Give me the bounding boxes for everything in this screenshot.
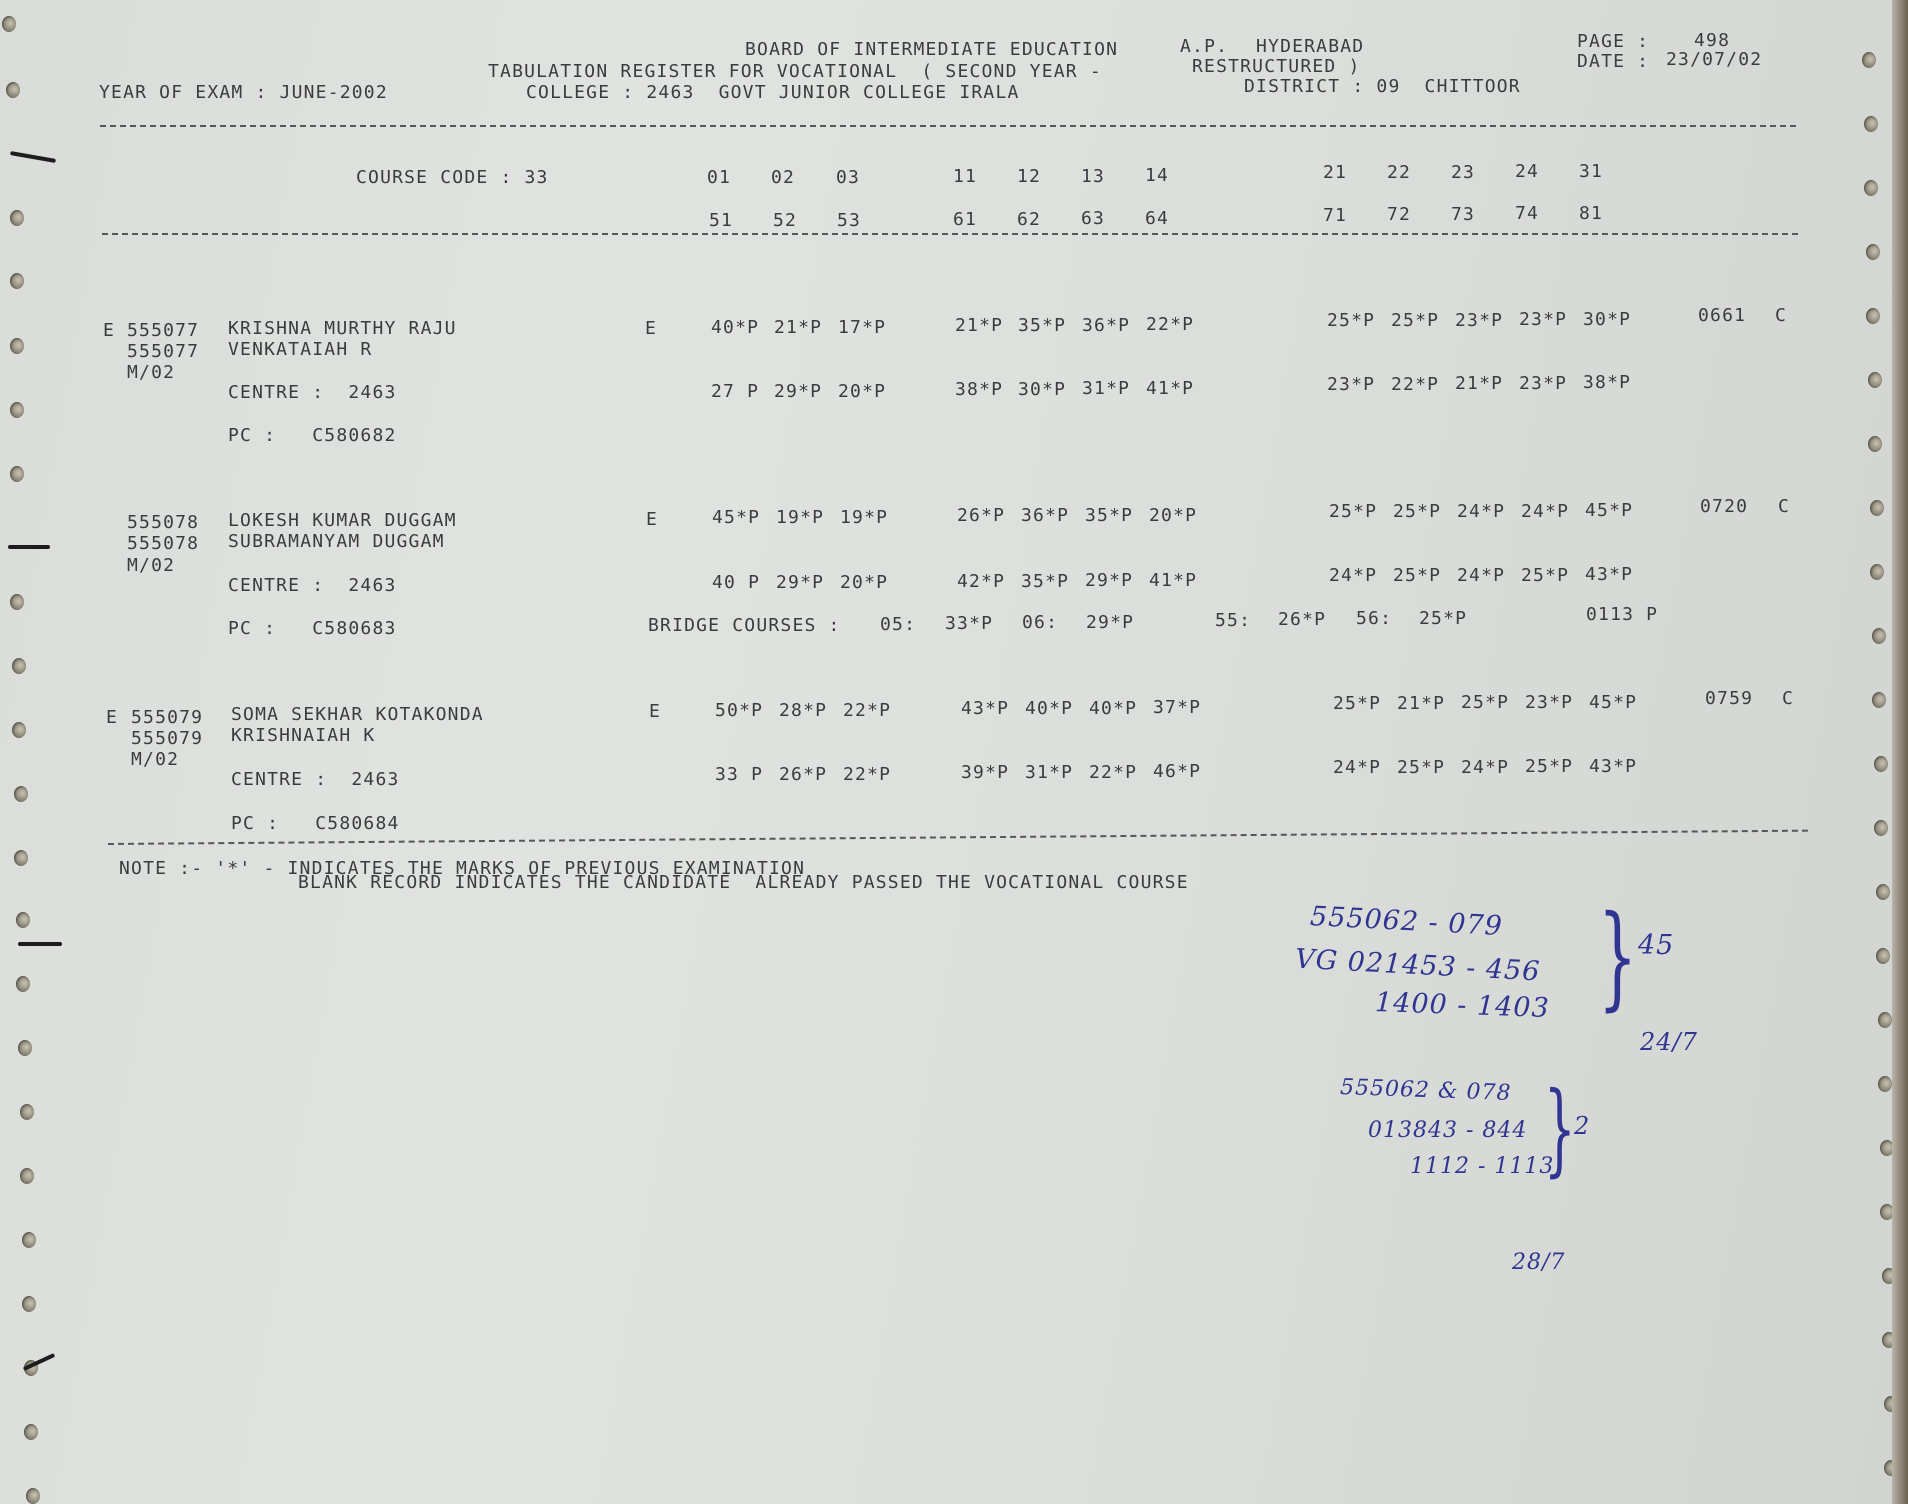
handwritten-count: 45 (1638, 930, 1674, 961)
course-code-label: COURSE CODE : 33 (356, 169, 549, 187)
centre: CENTRE : 2463 (228, 577, 397, 595)
mark: 19*P (840, 509, 888, 527)
subject-code: 71 (1323, 207, 1347, 225)
perforation-hole (14, 786, 28, 802)
bridge-course-code: 05: (880, 616, 916, 634)
perforation-hole (1870, 564, 1884, 580)
mark: 19*P (776, 509, 824, 527)
year-of-exam: YEAR OF EXAM : JUNE-2002 (99, 84, 388, 102)
mark: 40*P (1089, 700, 1137, 718)
mark: 43*P (1589, 758, 1637, 776)
perforation-hole (10, 338, 24, 354)
mark: 35*P (1018, 317, 1066, 335)
perforation-hole (14, 850, 28, 866)
result-code: C (1778, 498, 1790, 516)
mark: 50*P (715, 702, 763, 720)
bridge-course-mark: 33*P (945, 615, 993, 633)
handwritten-range: 1112 - 1113 (1410, 1154, 1554, 1179)
mark: 26*P (957, 507, 1005, 525)
handwritten-count: 2 (1574, 1112, 1590, 1140)
mark: 30*P (1583, 311, 1631, 329)
pc-number: PC : C580684 (231, 815, 400, 833)
mark: 22*P (843, 766, 891, 784)
perforation-hole (16, 976, 30, 992)
bridge-course-mark: 25*P (1419, 610, 1467, 628)
mark: 35*P (1085, 507, 1133, 525)
mark: 23*P (1525, 694, 1573, 712)
mark: 22*P (1146, 316, 1194, 334)
mark: 21*P (955, 317, 1003, 335)
handwritten-date: 24/7 (1640, 1028, 1698, 1056)
bridge-course-code: 55: (1215, 612, 1251, 630)
exam-session: M/02 (127, 557, 175, 575)
mark: 41*P (1146, 380, 1194, 398)
subject-code: 22 (1387, 164, 1411, 182)
perforation-hole (2, 16, 16, 32)
father-name: VENKATAIAH R (228, 341, 372, 359)
bridge-total: 0113 P (1586, 606, 1658, 624)
perforation-hole (16, 912, 30, 928)
mark: 25*P (1391, 312, 1439, 330)
medium: E (646, 511, 658, 529)
mark: 25*P (1333, 695, 1381, 713)
pc-number: PC : C580682 (228, 427, 397, 445)
subject-code: 64 (1145, 210, 1169, 228)
subject-code: 01 (707, 169, 731, 187)
handwritten-range: 1400 - 1403 (1375, 987, 1551, 1024)
perforation-hole (10, 402, 24, 418)
mark: 45*P (1589, 694, 1637, 712)
mark: 25*P (1397, 759, 1445, 777)
subject-code: 73 (1451, 206, 1475, 224)
father-name: KRISHNAIAH K (231, 727, 375, 745)
perforation-hole (24, 1424, 38, 1440)
perforation-hole (1876, 948, 1890, 964)
subject-code: 11 (953, 168, 977, 186)
mark: 39*P (961, 764, 1009, 782)
mark: 30*P (1018, 381, 1066, 399)
mark: 20*P (1149, 507, 1197, 525)
mark: 22*P (1391, 376, 1439, 394)
perforation-hole (1868, 436, 1882, 452)
subject-code: 14 (1145, 167, 1169, 185)
district-line: DISTRICT : 09 CHITTOOR (1244, 78, 1521, 96)
mark: 43*P (1585, 566, 1633, 584)
mark: 20*P (838, 383, 886, 401)
perforation-hole (10, 594, 24, 610)
perforation-hole (1874, 756, 1888, 772)
hall-ticket-number: 555077 (127, 322, 199, 340)
subject-code: 52 (773, 212, 797, 230)
perforation-hole (1866, 308, 1880, 324)
mark: 25*P (1521, 567, 1569, 585)
binding-thread-mark (10, 151, 56, 163)
brace-icon: } (1598, 892, 1637, 1022)
handwritten-range: 013843 - 844 (1368, 1118, 1527, 1143)
brace-icon: } (1544, 1070, 1576, 1187)
perforation-hole (12, 658, 26, 674)
mark: 41*P (1149, 572, 1197, 590)
roll-number: 555077 (127, 343, 199, 361)
subject-code: 13 (1081, 168, 1105, 186)
city-label: HYDERABAD (1256, 38, 1364, 56)
binding-thread-mark (18, 942, 62, 946)
subject-code: 62 (1017, 211, 1041, 229)
handwritten-range: VG 021453 - 456 (1294, 944, 1541, 988)
mark: 33 P (715, 766, 763, 784)
mark: 23*P (1519, 311, 1567, 329)
state-label: A.P. (1180, 38, 1228, 56)
bridge-course-mark: 26*P (1278, 611, 1326, 629)
perforation-hole (1864, 180, 1878, 196)
mark: 21*P (1397, 695, 1445, 713)
exam-session: M/02 (131, 751, 179, 769)
record-flag: E (103, 322, 115, 340)
candidate-name: LOKESH KUMAR DUGGAM (228, 512, 457, 530)
board-title: BOARD OF INTERMEDIATE EDUCATION (745, 41, 1118, 59)
register-title: TABULATION REGISTER FOR VOCATIONAL ( SEC… (488, 63, 1102, 81)
bridge-courses-label: BRIDGE COURSES : (648, 617, 841, 635)
perforation-hole (20, 1104, 34, 1120)
page-label: PAGE : (1577, 33, 1649, 51)
mark: 28*P (779, 702, 827, 720)
mark: 35*P (1021, 573, 1069, 591)
perforation-hole (10, 273, 24, 289)
perforation-hole (22, 1296, 36, 1312)
mark: 40*P (1025, 700, 1073, 718)
mark: 36*P (1082, 317, 1130, 335)
subject-code: 74 (1515, 205, 1539, 223)
perforation-hole (10, 466, 24, 482)
mark: 46*P (1153, 763, 1201, 781)
handwritten-range: 555062 & 078 (1340, 1075, 1512, 1106)
mark: 25*P (1461, 694, 1509, 712)
handwritten-range: 555062 - 079 (1309, 901, 1503, 942)
mark: 27 P (711, 383, 759, 401)
mark: 24*P (1521, 503, 1569, 521)
mark: 24*P (1461, 759, 1509, 777)
perforation-hole (1878, 1012, 1892, 1028)
medium: E (645, 320, 657, 338)
page-number: 498 (1694, 32, 1730, 50)
mark: 45*P (712, 509, 760, 527)
mark: 40 P (712, 574, 760, 592)
subject-code: 23 (1451, 164, 1475, 182)
result-code: C (1782, 690, 1794, 708)
candidate-name: SOMA SEKHAR KOTAKONDA (231, 706, 484, 724)
mark: 45*P (1585, 502, 1633, 520)
mark: 42*P (957, 573, 1005, 591)
mark: 29*P (774, 383, 822, 401)
mark: 21*P (1455, 375, 1503, 393)
college-line: COLLEGE : 2463 GOVT JUNIOR COLLEGE IRALA (526, 84, 1020, 102)
mark: 37*P (1153, 699, 1201, 717)
mark: 29*P (776, 574, 824, 592)
mark: 25*P (1327, 312, 1375, 330)
subject-code: 03 (836, 169, 860, 187)
perforation-hole (1870, 500, 1884, 516)
mark: 24*P (1329, 567, 1377, 585)
mark: 24*P (1457, 503, 1505, 521)
perforation-hole (1876, 884, 1890, 900)
subject-code: 63 (1081, 210, 1105, 228)
mark: 31*P (1082, 380, 1130, 398)
bridge-course-code: 06: (1022, 614, 1058, 632)
total-marks: 0759 (1705, 690, 1753, 708)
subject-code: 24 (1515, 163, 1539, 181)
subject-code: 02 (771, 169, 795, 187)
roll-number: 555078 (127, 535, 199, 553)
mark: 36*P (1021, 507, 1069, 525)
perforation-hole (26, 1488, 40, 1504)
subject-code: 12 (1017, 168, 1041, 186)
perforation-hole (20, 1168, 34, 1184)
perforation-hole (1864, 116, 1878, 132)
mark: 26*P (779, 766, 827, 784)
subject-code: 72 (1387, 206, 1411, 224)
pc-number: PC : C580683 (228, 620, 397, 638)
perforation-hole (22, 1232, 36, 1248)
paper-edge (1892, 0, 1908, 1504)
divider (102, 233, 1798, 235)
exam-session: M/02 (127, 364, 175, 382)
binding-thread-mark (8, 545, 50, 549)
mark: 25*P (1329, 503, 1377, 521)
subject-code: 53 (837, 212, 861, 230)
date-value: 23/07/02 (1666, 51, 1762, 69)
divider (100, 125, 1796, 127)
note-line-2: BLANK RECORD INDICATES THE CANDIDATE ALR… (298, 874, 1189, 892)
hall-ticket-number: 555079 (131, 709, 203, 727)
subject-code: 31 (1579, 163, 1603, 181)
mark: 22*P (1089, 764, 1137, 782)
medium: E (649, 703, 661, 721)
perforation-hole (6, 82, 20, 98)
mark: 38*P (955, 381, 1003, 399)
subject-code: 51 (709, 212, 733, 230)
perforation-hole (18, 1040, 32, 1056)
mark: 25*P (1525, 758, 1573, 776)
perforation-hole (10, 210, 24, 226)
mark: 20*P (840, 574, 888, 592)
mark: 21*P (774, 319, 822, 337)
record-flag: E (106, 709, 118, 727)
perforation-hole (1866, 244, 1880, 260)
restructured-label: RESTRUCTURED ) (1192, 58, 1361, 76)
handwritten-date: 28/7 (1512, 1250, 1565, 1275)
perforation-hole (1874, 820, 1888, 836)
bridge-course-code: 56: (1356, 610, 1392, 628)
perforation-hole (12, 722, 26, 738)
father-name: SUBRAMANYAM DUGGAM (228, 533, 445, 551)
mark: 17*P (838, 319, 886, 337)
mark: 43*P (961, 700, 1009, 718)
subject-code: 21 (1323, 164, 1347, 182)
total-marks: 0661 (1698, 307, 1746, 325)
centre: CENTRE : 2463 (228, 384, 397, 402)
mark: 24*P (1457, 567, 1505, 585)
candidate-name: KRISHNA MURTHY RAJU (228, 320, 457, 338)
mark: 25*P (1393, 567, 1441, 585)
subject-code: 61 (953, 211, 977, 229)
hall-ticket-number: 555078 (127, 514, 199, 532)
mark: 29*P (1085, 572, 1133, 590)
mark: 31*P (1025, 764, 1073, 782)
perforation-hole (1872, 628, 1886, 644)
roll-number: 555079 (131, 730, 203, 748)
subject-code: 81 (1579, 205, 1603, 223)
perforation-hole (1868, 372, 1882, 388)
mark: 22*P (843, 702, 891, 720)
mark: 40*P (711, 319, 759, 337)
mark: 23*P (1327, 376, 1375, 394)
perforation-hole (1872, 692, 1886, 708)
mark: 25*P (1393, 503, 1441, 521)
mark: 23*P (1519, 375, 1567, 393)
total-marks: 0720 (1700, 498, 1748, 516)
date-label: DATE : (1577, 53, 1649, 71)
tabulation-register-sheet: BOARD OF INTERMEDIATE EDUCATION A.P. HYD… (0, 0, 1908, 1504)
mark: 23*P (1455, 312, 1503, 330)
perforation-hole (1878, 1076, 1892, 1092)
mark: 38*P (1583, 374, 1631, 392)
bridge-course-mark: 29*P (1086, 614, 1134, 632)
centre: CENTRE : 2463 (231, 771, 400, 789)
result-code: C (1775, 307, 1787, 325)
perforation-hole (1862, 52, 1876, 68)
mark: 24*P (1333, 759, 1381, 777)
